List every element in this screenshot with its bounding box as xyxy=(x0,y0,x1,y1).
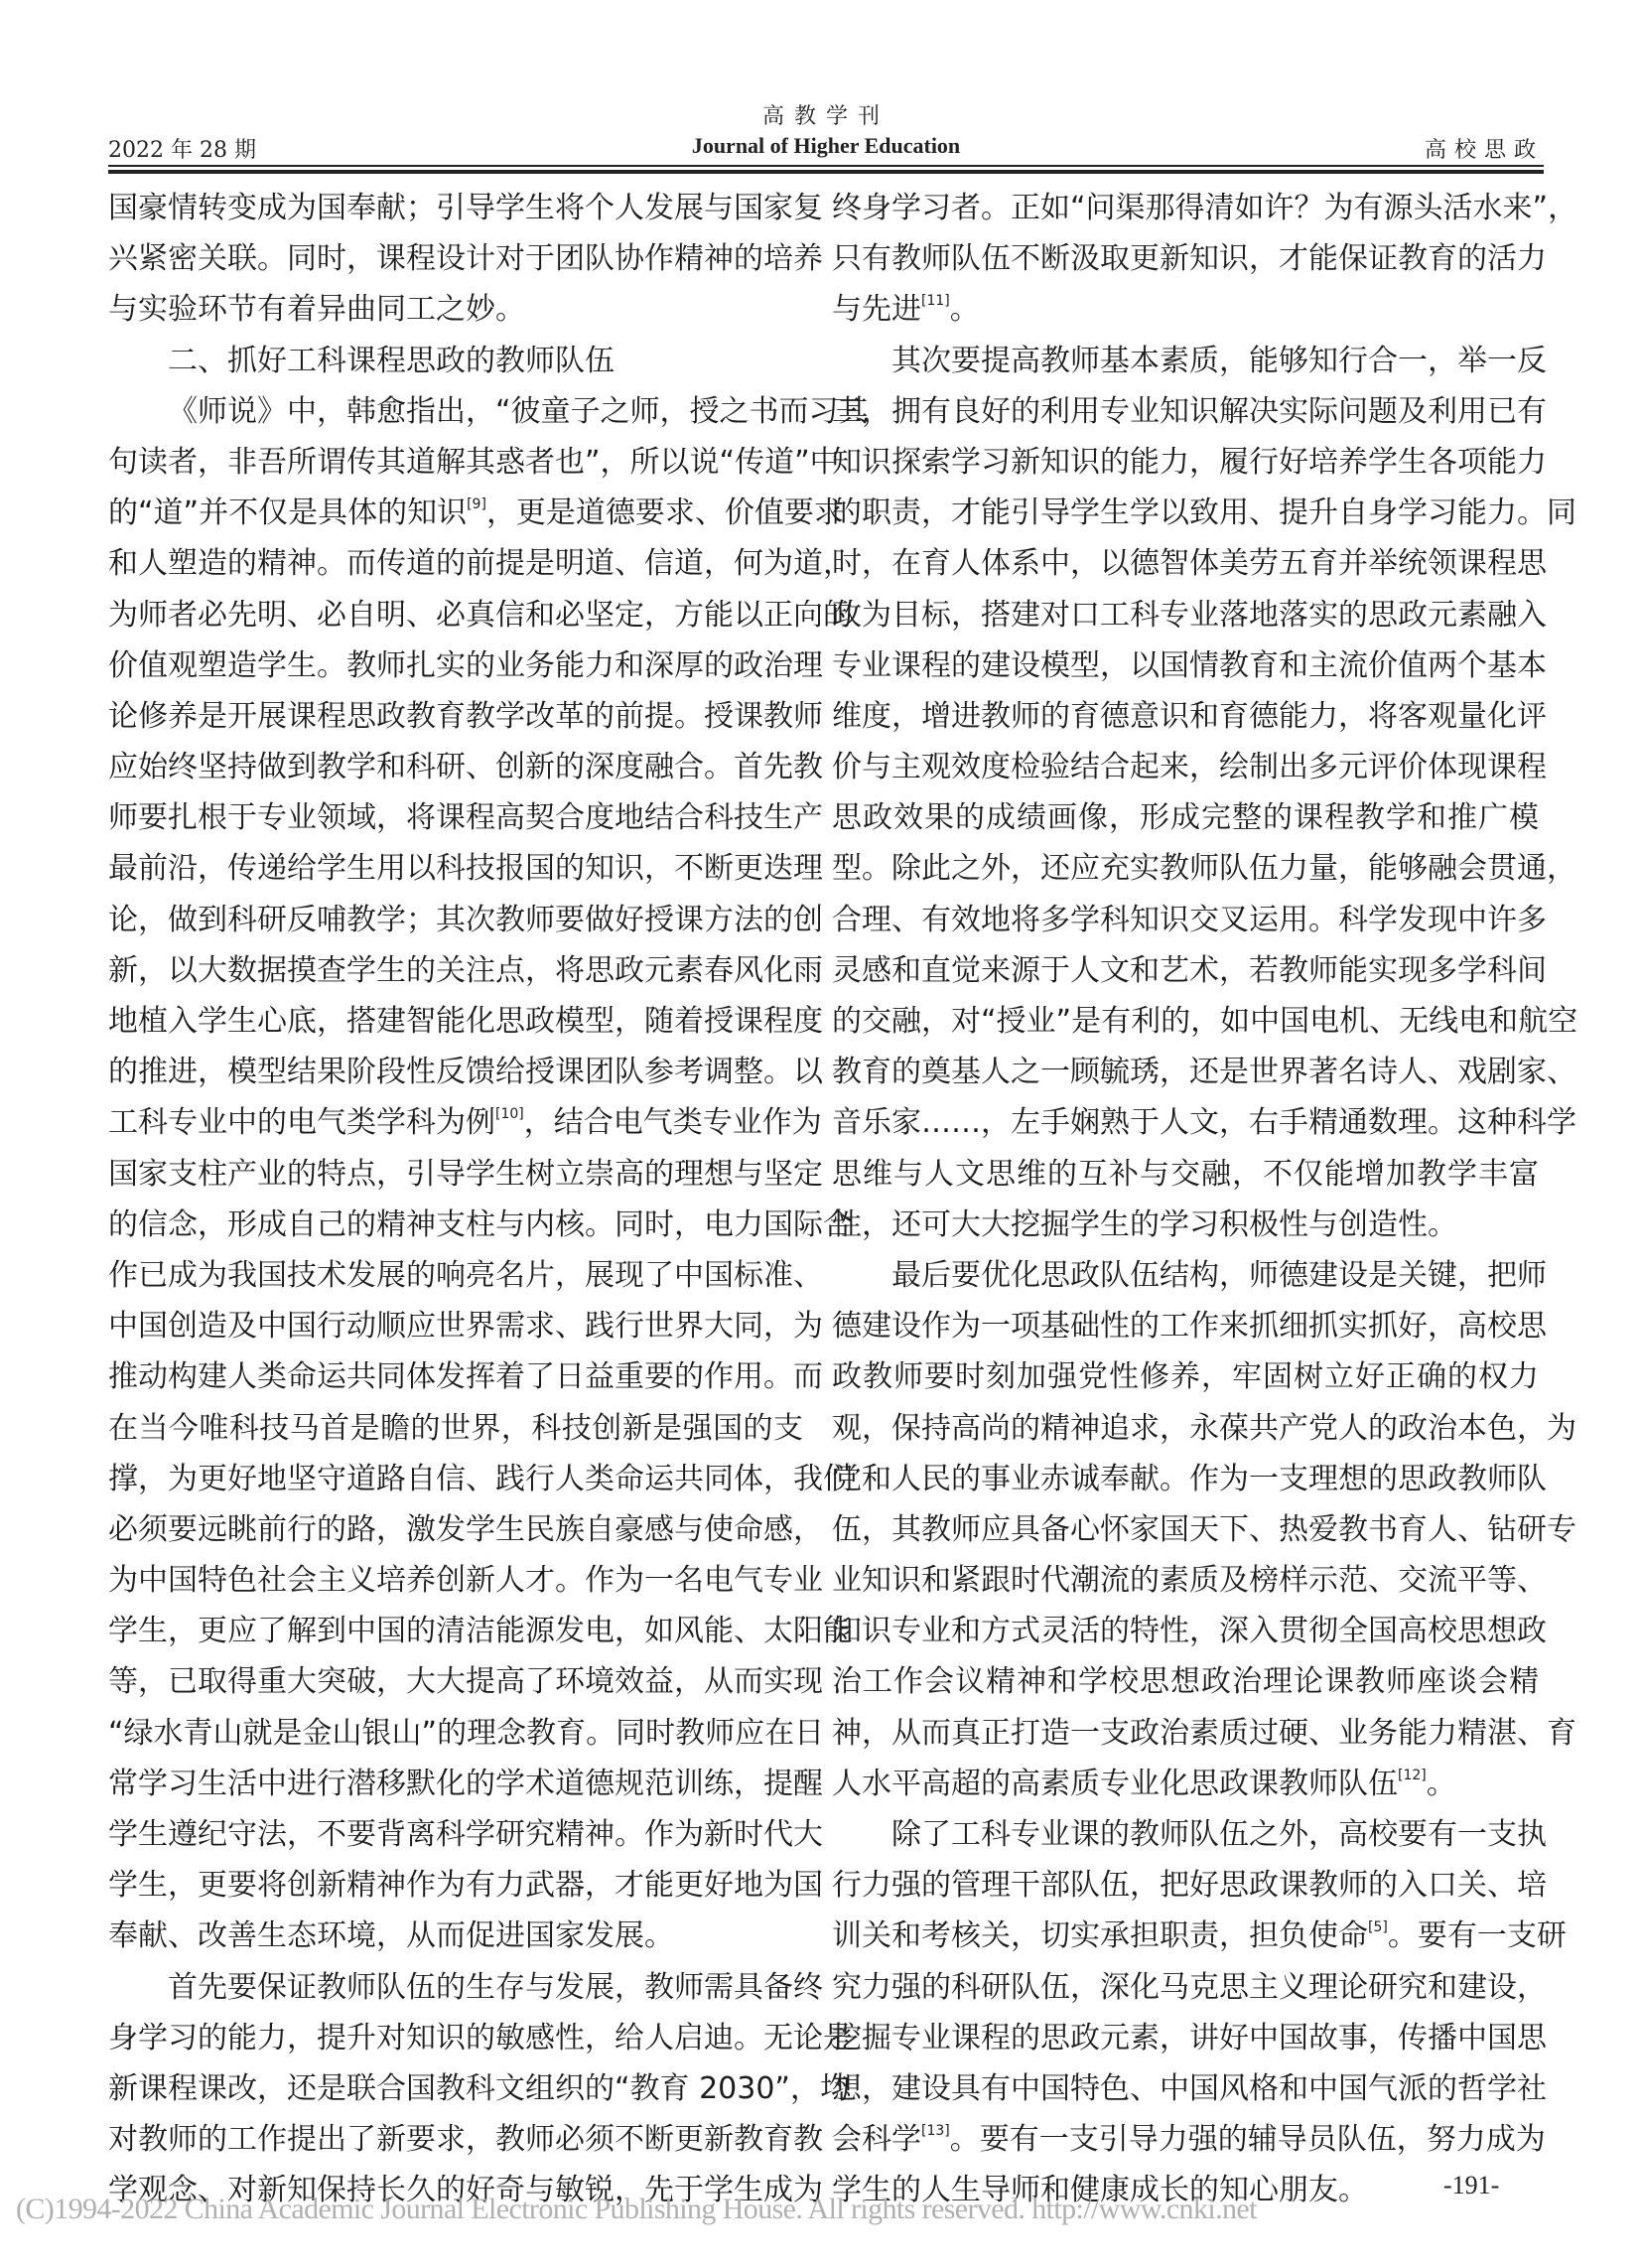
text-line: 新课程课改，还是联合国教科文组织的“教育 2030”，均 xyxy=(108,2063,803,2114)
left-column: 国豪情转变成为国奉献；引导学生将个人发展与国家复兴紧密关联。同时，课程设计对于团… xyxy=(108,183,803,2216)
text-line: 时，在育人体系中，以德智体美劳五育并举统领课程思 xyxy=(832,538,1539,589)
text-line: 维度，增进教师的育德意识和育德能力，将客观量化评 xyxy=(832,691,1539,742)
text-line: 等，已取得重大突破，大大提高了环境效益，从而实现 xyxy=(108,1656,803,1707)
line-text: 与先进 xyxy=(832,292,921,327)
line-text: ，更是道德要求、价值要求 xyxy=(486,496,844,530)
journal-title-cn: 高教学刊 xyxy=(108,99,1544,130)
citation-ref: [5] xyxy=(1368,1919,1388,1935)
line-text: 教育的奠基人之一顾毓琇，还是世界著名诗人、戏剧家、 xyxy=(832,1055,1576,1089)
text-line: 思维与人文思维的互补与交融，不仅能增加教学丰富 xyxy=(832,1149,1539,1200)
text-line: 论修养是开展课程思政教育教学改革的前提。授课教师 xyxy=(108,691,803,742)
text-line: 性，还可大大挖掘学生的学习积极性与创造性。 xyxy=(832,1200,1539,1250)
text-line: 常学习生活中进行潜移默化的学术道德规范训练，提醒 xyxy=(108,1759,803,1809)
text-line: 句读者，非吾所谓传其道解其惑者也”，所以说“传道”中 xyxy=(108,437,803,488)
text-line: 业知识和紧跟时代潮流的素质及榜样示范、交流平等、 xyxy=(832,1555,1539,1606)
line-text: 价值观塑造学生。教师扎实的业务能力和深厚的政治理 xyxy=(108,648,823,683)
line-text: 终身学习者。正如“问渠那得清如许？为有源头活水来”， xyxy=(832,191,1577,225)
text-line: 在当今唯科技马首是瞻的世界，科技创新是强国的支 xyxy=(108,1403,803,1454)
text-line: 合理、有效地将多学科知识交叉运用。科学发现中许多 xyxy=(832,895,1539,945)
line-text: 政为目标，搭建对口工科专业落地落实的思政元素融入 xyxy=(832,598,1547,633)
text-line: 型。除此之外，还应充实教师队伍力量，能够融会贯通， xyxy=(832,843,1539,894)
line-text: 政教师要时刻加强党性修养，牢固树立好正确的权力 xyxy=(832,1359,1539,1394)
line-text: 人水平高超的高素质专业化思政课教师队伍 xyxy=(832,1767,1398,1801)
text-line: 中国创造及中国行动顺应世界需求、践行世界大同，为 xyxy=(108,1301,803,1351)
line-text: 只有教师队伍不断汲取更新知识，才能保证教育的活力 xyxy=(832,241,1547,276)
text-line: 应始终坚持做到教学和科研、创新的深度融合。首先教 xyxy=(108,742,803,792)
text-line: 专业课程的建设模型，以国情教育和主流价值两个基本 xyxy=(832,640,1539,691)
text-line: 政教师要时刻加强党性修养，牢固树立好正确的权力 xyxy=(832,1351,1539,1402)
text-line: 对教师的工作提出了新要求，教师必须不断更新教育教 xyxy=(108,2114,803,2165)
text-line: 价值观塑造学生。教师扎实的业务能力和深厚的政治理 xyxy=(108,640,803,691)
line-text: 其次要提高教师基本素质，能够知行合一，举一反 xyxy=(891,344,1547,378)
line-text: 学生，更应了解到中国的清洁能源发电，如风能、太阳能 xyxy=(108,1614,853,1648)
line-text: 的信念，形成自己的精神支柱与内核。同时，电力国际合 xyxy=(108,1207,853,1242)
line-text: 《师说》中，韩愈指出，“彼童子之师，授之书而习其 xyxy=(168,394,869,429)
text-line: 学生，更要将创新精神作为有力武器，才能更好地为国 xyxy=(108,1860,803,1911)
line-text: 新课程课改，还是联合国教科文组织的“教育 2030”，均 xyxy=(108,2071,850,2106)
text-line: 最后要优化思政队伍结构，师德建设是关键，把师 xyxy=(832,1250,1539,1301)
text-line: 国豪情转变成为国奉献；引导学生将个人发展与国家复 xyxy=(108,183,803,233)
text-line: 师要扎根于专业领域，将课程高契合度地结合科技生产 xyxy=(108,792,803,843)
text-line: 学生，更应了解到中国的清洁能源发电，如风能、太阳能 xyxy=(108,1606,803,1656)
citation-ref: [12] xyxy=(1398,1768,1427,1783)
text-line: 治工作会议精神和学校思想政治理论课教师座谈会精 xyxy=(832,1656,1539,1707)
text-line: 灵感和直觉来源于人文和艺术，若教师能实现多学科间 xyxy=(832,945,1539,996)
line-text: 会科学 xyxy=(832,2122,921,2157)
text-line: 人水平高超的高素质专业化思政课教师队伍[12]。 xyxy=(832,1759,1539,1809)
line-text: 师要扎根于专业领域，将课程高契合度地结合科技生产 xyxy=(108,800,823,835)
citation-ref: [13] xyxy=(921,2123,950,2139)
text-line: 神，从而真正打造一支政治素质过硬、业务能力精湛、育 xyxy=(832,1708,1539,1759)
copyright-watermark: (C)1994-2022 China Academic Journal Elec… xyxy=(16,2193,1257,2226)
line-text: 挖掘专业课程的思政元素，讲好中国故事，传播中国思 xyxy=(832,2021,1547,2055)
text-line: 与实验环节有着异曲同工之妙。 xyxy=(108,284,803,335)
text-line: 论，做到科研反哺教学；其次教师要做好授课方法的创 xyxy=(108,895,803,945)
text-line: “绿水青山就是金山银山”的理念教育。同时教师应在日 xyxy=(108,1708,803,1759)
text-line: 兴紧密关联。同时，课程设计对于团队协作精神的培养 xyxy=(108,233,803,284)
line-text: 最前沿，传递给学生用以科技报国的知识，不断更迭理 xyxy=(108,851,823,886)
text-line: 推动构建人类命运共同体发挥着了日益重要的作用。而 xyxy=(108,1351,803,1402)
text-line: 知识探索学习新知识的能力，履行好培养学生各项能力 xyxy=(832,437,1539,488)
line-text: 性，还可大大挖掘学生的学习积极性与创造性。 xyxy=(832,1207,1457,1242)
line-text: 的职责，才能引导学生学以致用、提升自身学习能力。同 xyxy=(832,496,1576,530)
line-text: 的交融，对“授业”是有利的，如中国电机、无线电和航空 xyxy=(832,1004,1577,1039)
line-text: 的“道”并不仅是具体的知识 xyxy=(108,496,467,530)
line-text: 观，保持高尚的精神追求，永葆共产党人的政治本色，为 xyxy=(832,1411,1576,1446)
line-text: 思政效果的成绩画像，形成完整的课程教学和推广模 xyxy=(832,800,1539,835)
line-text: 身学习的能力，提升对知识的敏感性，给人启迪。无论是 xyxy=(108,2021,853,2055)
line-text: 工科专业中的电气类学科为例 xyxy=(108,1105,495,1140)
line-text: 想，建设具有中国特色、中国风格和中国气派的哲学社 xyxy=(832,2071,1547,2106)
line-text: 论，做到科研反哺教学；其次教师要做好授课方法的创 xyxy=(108,903,823,937)
line-text: 必须要远眺前行的路，激发学生民族自豪感与使命感， xyxy=(108,1512,823,1547)
text-line: 为中国特色社会主义培养创新人才。作为一名电气专业 xyxy=(108,1555,803,1606)
line-text: 对教师的工作提出了新要求，教师必须不断更新教育教 xyxy=(108,2122,823,2157)
text-line: 行力强的管理干部队伍，把好思政课教师的入口关、培 xyxy=(832,1860,1539,1911)
line-text: 应始终坚持做到教学和科研、创新的深度融合。首先教 xyxy=(108,750,823,784)
citation-ref: [11] xyxy=(921,293,950,309)
line-text: 三，拥有良好的利用专业知识解决实际问题及利用已有 xyxy=(832,394,1547,429)
line-text: 新，以大数据摸查学生的关注点，将思政元素春风化雨 xyxy=(108,953,823,988)
line-text: 首先要保证教师队伍的生存与发展，教师需具备终 xyxy=(168,1970,823,2005)
text-line: 的职责，才能引导学生学以致用、提升自身学习能力。同 xyxy=(832,488,1539,538)
text-line: 的交融，对“授业”是有利的，如中国电机、无线电和航空 xyxy=(832,996,1539,1047)
line-text: 奉献、改善生态环境，从而促进国家发展。 xyxy=(108,1918,674,1953)
text-line: 除了工科专业课的教师队伍之外，高校要有一支执 xyxy=(832,1809,1539,1860)
text-line: 德建设作为一项基础性的工作来抓细抓实抓好，高校思 xyxy=(832,1301,1539,1351)
citation-ref: [9] xyxy=(467,496,486,512)
text-line: 《师说》中，韩愈指出，“彼童子之师，授之书而习其 xyxy=(108,386,803,437)
text-line: 与先进[11]。 xyxy=(832,284,1539,335)
line-text: 合理、有效地将多学科知识交叉运用。科学发现中许多 xyxy=(832,903,1547,937)
line-text: 等，已取得重大突破，大大提高了环境效益，从而实现 xyxy=(108,1664,823,1699)
line-text: 为中国特色社会主义培养创新人才。作为一名电气专业 xyxy=(108,1563,823,1598)
text-line: 作已成为我国技术发展的响亮名片，展现了中国标准、 xyxy=(108,1250,803,1301)
text-line: 的“道”并不仅是具体的知识[9]，更是道德要求、价值要求 xyxy=(108,488,803,538)
line-text: 治工作会议精神和学校思想政治理论课教师座谈会精 xyxy=(832,1664,1539,1699)
line-text: 行力强的管理干部队伍，把好思政课教师的入口关、培 xyxy=(832,1868,1547,1903)
line-text: 国豪情转变成为国奉献；引导学生将个人发展与国家复 xyxy=(108,191,823,225)
line-text: ，结合电气类专业作为 xyxy=(524,1105,822,1140)
line-text: 时，在育人体系中，以德智体美劳五育并举统领课程思 xyxy=(832,546,1547,581)
text-line: 身学习的能力，提升对知识的敏感性，给人启迪。无论是 xyxy=(108,2013,803,2063)
text-line: 和人塑造的精神。而传道的前提是明道、信道，何为道， xyxy=(108,538,803,589)
line-text: 论修养是开展课程思政教育教学改革的前提。授课教师 xyxy=(108,699,823,734)
text-line: 思政效果的成绩画像，形成完整的课程教学和推广模 xyxy=(832,792,1539,843)
text-line: 的信念，形成自己的精神支柱与内核。同时，电力国际合 xyxy=(108,1200,803,1250)
line-text: 在当今唯科技马首是瞻的世界，科技创新是强国的支 xyxy=(108,1411,803,1446)
text-line: 训关和考核关，切实承担职责，担负使命[5]。要有一支研 xyxy=(832,1911,1539,1961)
text-line: 终身学习者。正如“问渠那得清如许？为有源头活水来”， xyxy=(832,183,1539,233)
header-rule-thin xyxy=(108,165,1544,167)
line-text: 为师者必先明、必自明、必真信和必坚定，方能以正向的 xyxy=(108,598,853,633)
line-text: 神，从而真正打造一支政治素质过硬、业务能力精湛、育 xyxy=(832,1716,1576,1751)
page-number: -191- xyxy=(1443,2171,1499,2200)
text-line: 地植入学生心底，搭建智能化思政模型，随着授课程度 xyxy=(108,996,803,1047)
citation-ref: [10] xyxy=(495,1106,524,1122)
line-text: 音乐家……，左手娴熟于人文，右手精通数理。这种科学 xyxy=(832,1105,1576,1140)
line-text: 最后要优化思政队伍结构，师德建设是关键，把师 xyxy=(891,1258,1547,1293)
line-text: 除了工科专业课的教师队伍之外，高校要有一支执 xyxy=(891,1817,1547,1852)
section-label: 高校思政 xyxy=(1425,133,1544,164)
line-text: 二、抓好工科课程思政的教师队伍 xyxy=(168,344,615,378)
line-text: 训关和考核关，切实承担职责，担负使命 xyxy=(832,1918,1368,1953)
line-text: 究力强的科研队伍，深化马克思主义理论研究和建设， xyxy=(832,1970,1547,2005)
line-text: 思维与人文思维的互补与交融，不仅能增加教学丰富 xyxy=(832,1157,1539,1192)
line-text: 价与主观效度检验结合起来，绘制出多元评价体现课程 xyxy=(832,750,1547,784)
line-text: 作已成为我国技术发展的响亮名片，展现了中国标准、 xyxy=(108,1258,823,1293)
line-text: 中国创造及中国行动顺应世界需求、践行世界大同，为 xyxy=(108,1309,823,1344)
line-text: 伍，其教师应具备心怀家国天下、热爱教书育人、钻研专 xyxy=(832,1512,1576,1547)
text-line: 为师者必先明、必自明、必真信和必坚定，方能以正向的 xyxy=(108,590,803,640)
text-line: 的推进，模型结果阶段性反馈给授课团队参考调整。以 xyxy=(108,1047,803,1097)
line-text: 和人塑造的精神。而传道的前提是明道、信道，何为道， xyxy=(108,546,853,581)
line-text: 知识专业和方式灵活的特性，深入贯彻全国高校思想政 xyxy=(832,1614,1547,1648)
journal-title-en: Journal of Higher Education xyxy=(108,133,1544,159)
text-line: 观，保持高尚的精神追求，永葆共产党人的政治本色，为 xyxy=(832,1403,1539,1454)
text-line: 知识专业和方式灵活的特性，深入贯彻全国高校思想政 xyxy=(832,1606,1539,1656)
line-text: 党和人民的事业赤诚奉献。作为一支理想的思政教师队 xyxy=(832,1462,1547,1496)
line-text: 与实验环节有着异曲同工之妙。 xyxy=(108,292,525,327)
line-text: 的推进，模型结果阶段性反馈给授课团队参考调整。以 xyxy=(108,1055,823,1089)
text-line: 教育的奠基人之一顾毓琇，还是世界著名诗人、戏剧家、 xyxy=(832,1047,1539,1097)
text-line: 党和人民的事业赤诚奉献。作为一支理想的思政教师队 xyxy=(832,1454,1539,1504)
line-text: 推动构建人类命运共同体发挥着了日益重要的作用。而 xyxy=(108,1359,823,1394)
line-text: 。要有一支引导力强的辅导员队伍，努力成为 xyxy=(950,2122,1546,2157)
text-line: 音乐家……，左手娴熟于人文，右手精通数理。这种科学 xyxy=(832,1097,1539,1148)
text-line: 撑，为更好地坚守道路自信、践行人类命运共同体，我们 xyxy=(108,1454,803,1504)
text-line: 政为目标，搭建对口工科专业落地落实的思政元素融入 xyxy=(832,590,1539,640)
text-line: 只有教师队伍不断汲取更新知识，才能保证教育的活力 xyxy=(832,233,1539,284)
line-text: 撑，为更好地坚守道路自信、践行人类命运共同体，我们 xyxy=(108,1462,853,1496)
line-text: 型。除此之外，还应充实教师队伍力量，能够融会贯通， xyxy=(832,851,1576,886)
text-line: 价与主观效度检验结合起来，绘制出多元评价体现课程 xyxy=(832,742,1539,792)
line-text: 。 xyxy=(1427,1767,1456,1801)
line-text: 常学习生活中进行潜移默化的学术道德规范训练，提醒 xyxy=(108,1767,823,1801)
line-text: 兴紧密关联。同时，课程设计对于团队协作精神的培养 xyxy=(108,241,823,276)
line-text: 学生，更要将创新精神作为有力武器，才能更好地为国 xyxy=(108,1868,823,1903)
line-text: 地植入学生心底，搭建智能化思政模型，随着授课程度 xyxy=(108,1004,823,1039)
text-line: 究力强的科研队伍，深化马克思主义理论研究和建设， xyxy=(832,1962,1539,2013)
text-line: 最前沿，传递给学生用以科技报国的知识，不断更迭理 xyxy=(108,843,803,894)
text-line: 学生遵纪守法，不要背离科学研究精神。作为新时代大 xyxy=(108,1809,803,1860)
line-text: 专业课程的建设模型，以国情教育和主流价值两个基本 xyxy=(832,648,1547,683)
line-text: “绿水青山就是金山银山”的理念教育。同时教师应在日 xyxy=(108,1716,824,1751)
text-line: 想，建设具有中国特色、中国风格和中国气派的哲学社 xyxy=(832,2063,1539,2114)
line-text: 灵感和直觉来源于人文和艺术，若教师能实现多学科间 xyxy=(832,953,1547,988)
page-header: 高教学刊 2022 年 28 期 Journal of Higher Educa… xyxy=(108,95,1544,175)
text-line: 挖掘专业课程的思政元素，讲好中国故事，传播中国思 xyxy=(832,2013,1539,2063)
text-line: 三，拥有良好的利用专业知识解决实际问题及利用已有 xyxy=(832,386,1539,437)
line-text: 知识探索学习新知识的能力，履行好培养学生各项能力 xyxy=(832,445,1547,480)
text-line: 新，以大数据摸查学生的关注点，将思政元素春风化雨 xyxy=(108,945,803,996)
section-heading: 二、抓好工科课程思政的教师队伍 xyxy=(108,336,803,386)
line-text: 。要有一支研 xyxy=(1388,1918,1567,1953)
right-column: 终身学习者。正如“问渠那得清如许？为有源头活水来”，只有教师队伍不断汲取更新知识… xyxy=(832,183,1539,2216)
line-text: 学生遵纪守法，不要背离科学研究精神。作为新时代大 xyxy=(108,1817,823,1852)
text-line: 伍，其教师应具备心怀家国天下、热爱教书育人、钻研专 xyxy=(832,1504,1539,1555)
text-line: 首先要保证教师队伍的生存与发展，教师需具备终 xyxy=(108,1962,803,2013)
line-text: 句读者，非吾所谓传其道解其惑者也”，所以说“传道”中 xyxy=(108,445,840,480)
text-line: 国家支柱产业的特点，引导学生树立崇高的理想与坚定 xyxy=(108,1149,803,1200)
header-rule-thick xyxy=(108,170,1544,174)
line-text: 维度，增进教师的育德意识和育德能力，将客观量化评 xyxy=(832,699,1547,734)
line-text: 。 xyxy=(950,292,980,327)
text-line: 奉献、改善生态环境，从而促进国家发展。 xyxy=(108,1911,803,1961)
text-line: 工科专业中的电气类学科为例[10]，结合电气类专业作为 xyxy=(108,1097,803,1148)
line-text: 德建设作为一项基础性的工作来抓细抓实抓好，高校思 xyxy=(832,1309,1547,1344)
text-line: 会科学[13]。要有一支引导力强的辅导员队伍，努力成为 xyxy=(832,2114,1539,2165)
line-text: 业知识和紧跟时代潮流的素质及榜样示范、交流平等、 xyxy=(832,1563,1547,1598)
line-text: 国家支柱产业的特点，引导学生树立崇高的理想与坚定 xyxy=(108,1157,823,1192)
text-line: 必须要远眺前行的路，激发学生民族自豪感与使命感， xyxy=(108,1504,803,1555)
text-line: 其次要提高教师基本素质，能够知行合一，举一反 xyxy=(832,336,1539,386)
